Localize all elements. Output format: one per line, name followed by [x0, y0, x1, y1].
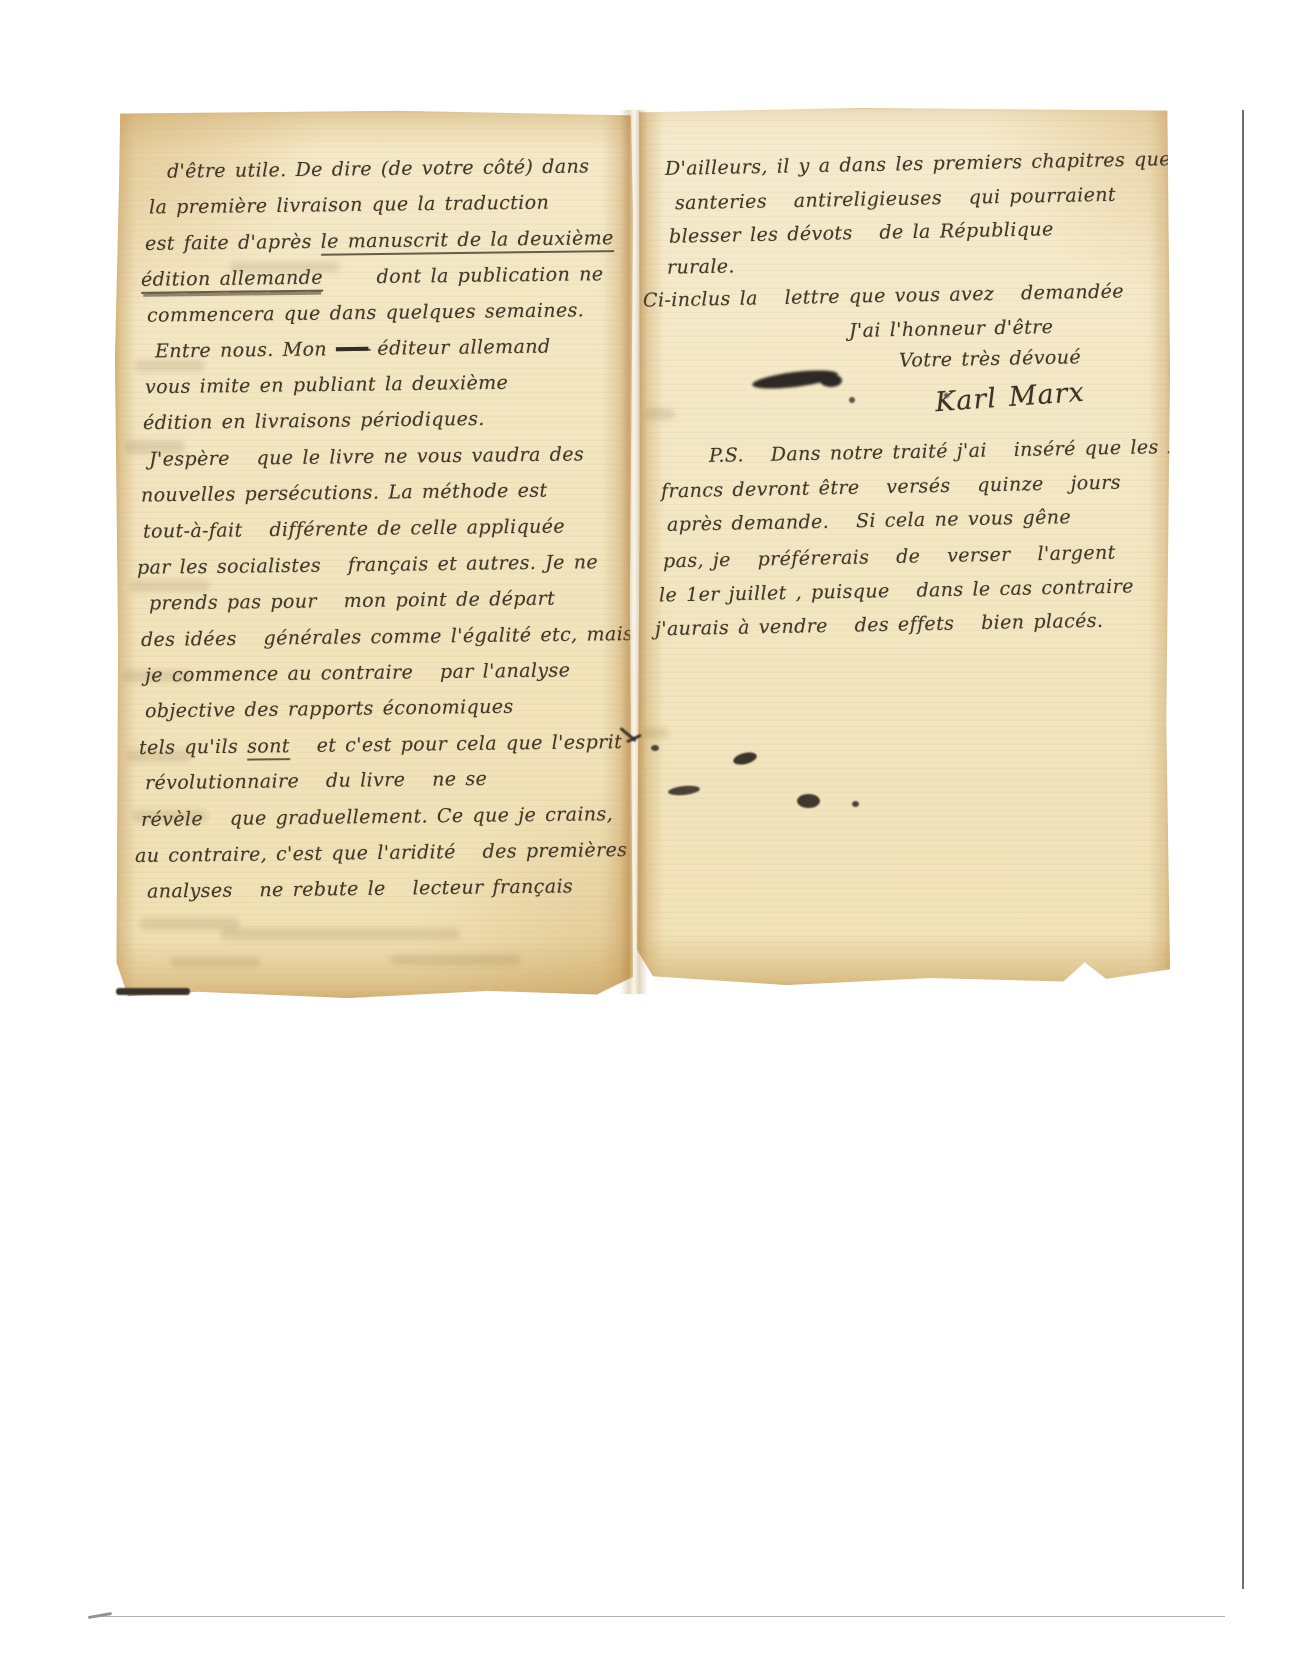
line-text: éditeur allemand	[368, 336, 550, 360]
line-text: tels qu'ils	[139, 736, 247, 759]
line-text: le 1er juillet , puisque dans le cas con…	[659, 575, 1134, 606]
handwritten-line: nouvelles persécutions. La méthode est	[141, 480, 548, 507]
handwritten-line: J'ai l'honneur d'être	[849, 316, 1054, 342]
handwritten-line: révèle que graduellement. Ce que je crai…	[141, 803, 613, 831]
line-text: après demande. Si cela ne vous gêne	[667, 506, 1071, 536]
handwritten-line: d'être utile. De dire (de votre côté) da…	[167, 155, 590, 182]
line-text: au contraire, c'est que l'aridité des pr…	[135, 839, 628, 867]
line-text: par les socialistes français et autres. …	[137, 551, 598, 579]
handwritten-line: Votre très dévoué	[899, 346, 1081, 371]
ink-spot	[852, 801, 859, 807]
handwritten-line: révolutionnaire du livre ne se	[145, 768, 487, 794]
bleedthrough-mark	[220, 928, 460, 940]
handwritten-line: P.S. Dans notre traité j'ai inséré que l…	[709, 435, 1170, 467]
handwritten-line: tout-à-fait différente de celle appliqué…	[143, 515, 565, 542]
handwritten-line: après demande. Si cela ne vous gêne	[667, 506, 1071, 536]
bleedthrough-mark	[645, 408, 675, 420]
line-text: tout-à-fait différente de celle appliqué…	[143, 515, 565, 542]
line-text: P.S. Dans notre traité j'ai inséré que l…	[709, 435, 1170, 467]
line-text: nouvelles persécutions. La méthode est	[141, 480, 548, 507]
handwritten-line: je commence au contraire par l'analyse	[145, 659, 571, 686]
right-margin-rule	[1242, 110, 1244, 1589]
signature-text: Karl Marx	[934, 377, 1086, 418]
handwritten-line: est faite d'après le manuscrit de la deu…	[145, 227, 614, 255]
bleedthrough-mark	[390, 955, 520, 965]
ink-smudge	[820, 374, 842, 387]
handwritten-line: édition allemande dont la publication ne	[141, 263, 604, 291]
handwritten-line: commencera que dans quelques semaines.	[147, 299, 584, 326]
underlined-phrase: édition allemande	[141, 267, 323, 294]
line-text: pas, je préférerais de verser l'argent	[663, 542, 1116, 573]
line-text: blesser les dévots de la République	[669, 218, 1054, 247]
line-text: francs devront être versés quinze jours	[661, 472, 1121, 503]
ink-spot	[797, 794, 820, 808]
handwritten-line: tels qu'ils sont et c'est pour cela que …	[139, 731, 622, 759]
handwritten-line: des idées générales comme l'égalité etc,…	[141, 623, 633, 651]
handwritten-line: pas, je préférerais de verser l'argent	[663, 542, 1116, 573]
handwritten-line: édition en livraisons périodiques.	[143, 408, 485, 434]
line-text: révolutionnaire du livre ne se	[145, 768, 487, 794]
line-text: commencera que dans quelques semaines.	[147, 299, 584, 326]
handwritten-line: par les socialistes français et autres. …	[137, 551, 598, 579]
handwritten-line: D'ailleurs, il y a dans les premiers cha…	[665, 146, 1170, 180]
line-text: édition en livraisons périodiques.	[143, 408, 485, 434]
letter-left-page: d'être utile. De dire (de votre côté) da…	[115, 110, 633, 998]
handwritten-line: objective des rapports économiques	[145, 696, 514, 723]
line-text: j'aurais à vendre des effets bien placés…	[655, 610, 1104, 641]
handwritten-line: analyses ne rebute le lecteur français	[147, 875, 573, 902]
line-text: dont la publication ne	[323, 263, 604, 288]
line-text: d'être utile. De dire (de votre côté) da…	[167, 155, 590, 182]
ink-smudge	[116, 988, 190, 995]
line-text: révèle que graduellement. Ce que je crai…	[141, 803, 613, 831]
bleedthrough-mark	[170, 957, 260, 967]
handwritten-line: Ci-inclus la lettre que vous avez demand…	[643, 280, 1124, 311]
handwritten-line: vous imite en publiant la deuxième	[145, 372, 508, 398]
handwritten-line: au contraire, c'est que l'aridité des pr…	[135, 839, 628, 867]
line-text: et c'est pour cela que l'esprit	[290, 731, 623, 757]
ink-spot	[651, 745, 659, 751]
handwritten-line: le 1er juillet , puisque dans le cas con…	[659, 575, 1134, 606]
line-text: je commence au contraire par l'analyse	[145, 659, 571, 686]
line-text: J'ai l'honneur d'être	[849, 316, 1054, 342]
line-text: analyses ne rebute le lecteur français	[147, 875, 573, 902]
line-text: des idées générales comme l'égalité etc,…	[141, 623, 633, 651]
line-text: D'ailleurs, il y a dans les premiers cha…	[665, 146, 1170, 180]
line-text: vous imite en publiant la deuxième	[145, 372, 508, 398]
handwritten-line: la première livraison que la traduction	[149, 192, 549, 219]
line-text: prends pas pour mon point de départ	[149, 588, 555, 615]
handwritten-line: j'aurais à vendre des effets bien placés…	[655, 610, 1104, 641]
line-text: Ci-inclus la lettre que vous avez demand…	[643, 280, 1124, 311]
document-viewer-page: d'être utile. De dire (de votre côté) da…	[0, 0, 1301, 1672]
footer-rule	[88, 1616, 1225, 1617]
line-text: rurale.	[667, 255, 735, 278]
handwritten-line: J'espère que le livre ne vous vaudra des	[149, 443, 584, 470]
line-text: Entre nous. Mon	[155, 338, 336, 362]
handwritten-line: santeries antireligieuses qui pourraient	[675, 184, 1116, 214]
ink-spot	[944, 393, 949, 398]
underlined-phrase: sont	[247, 735, 290, 761]
line-text: la première livraison que la traduction	[149, 192, 549, 219]
handwritten-line: francs devront être versés quinze jours	[661, 472, 1121, 503]
line-text: Votre très dévoué	[899, 346, 1081, 371]
strikethrough-scribble: –––––	[336, 338, 369, 360]
handwritten-line: blesser les dévots de la République	[669, 218, 1054, 247]
handwritten-line: prends pas pour mon point de départ	[149, 588, 555, 615]
ink-spot	[849, 397, 855, 403]
line-text: est faite d'après	[145, 231, 321, 255]
line-text: J'espère que le livre ne vous vaudra des	[149, 443, 584, 470]
handwritten-line: Entre nous. Mon ––––– éditeur allemand	[155, 336, 551, 363]
footer-rule-tick	[88, 1612, 112, 1619]
handwritten-line: rurale.	[667, 255, 735, 278]
letter-right-page: D'ailleurs, il y a dans les premiers cha…	[637, 108, 1170, 985]
bleedthrough-mark	[643, 728, 669, 738]
bleedthrough-mark	[130, 580, 210, 592]
line-text: santeries antireligieuses qui pourraient	[675, 184, 1116, 214]
line-text: objective des rapports économiques	[145, 696, 514, 723]
signature-karl-marx: Karl Marx	[934, 377, 1086, 418]
underlined-phrase: le manuscrit de la deuxième	[321, 227, 614, 256]
